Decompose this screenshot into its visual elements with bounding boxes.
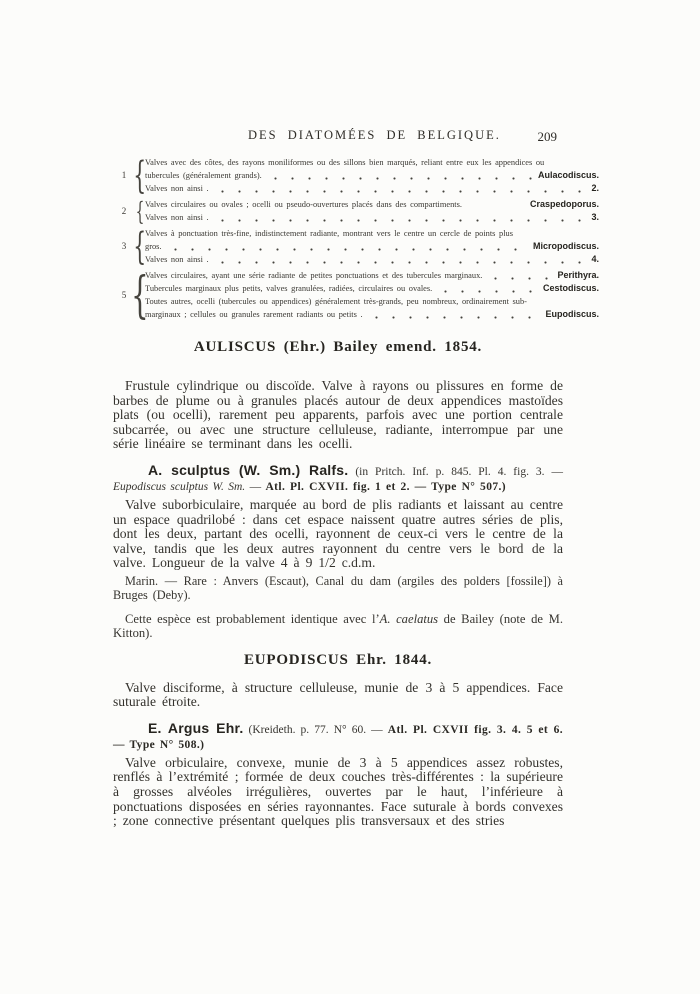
key-result-genus: Cestodiscus.	[543, 282, 599, 295]
reference-dash: —	[245, 481, 265, 493]
key-line: Valves non ainsi .2.	[145, 182, 599, 195]
synonym-italic: Eupodiscus sculptus W. Sm.	[113, 481, 245, 493]
genus-heading-auliscus: AULISCUS (Ehr.) Bailey emend. 1854.	[113, 339, 563, 356]
key-line-text: Valves avec des côtes, des rayons monili…	[145, 156, 544, 169]
key-group-lines: Valves circulaires, ayant une série radi…	[145, 269, 599, 321]
key-brace: {	[135, 157, 145, 194]
key-line: Tubercules marginaux plus petits, valves…	[145, 282, 599, 295]
key-group-number: 1	[113, 169, 135, 182]
key-result-genus: Perithyra.	[557, 269, 599, 282]
key-line-text: gros.	[145, 240, 162, 253]
dot-leader	[165, 240, 530, 253]
key-result-genus: Eupodiscus.	[545, 308, 599, 321]
key-line-text: Valves circulaires, ayant une série radi…	[145, 269, 482, 282]
key-result-genus: Aulacodiscus.	[538, 169, 599, 182]
atlas-reference: Atl. Pl. CXVII. fig. 1 et 2. — Type N° 5…	[265, 481, 506, 493]
leader-gap	[465, 198, 527, 211]
dot-leader	[435, 282, 540, 295]
key-line-text: Valves non ainsi .	[145, 182, 209, 195]
auliscus-description: Frustule cylindrique ou discoïde. Valve …	[113, 379, 563, 452]
eupodiscus-description: Valve disciforme, à structure celluleuse…	[113, 681, 563, 710]
key-line-text: Valves circulaires ou ovales ; ocelli ou…	[145, 198, 462, 211]
running-header: DES DIATOMÉES DE BELGIQUE. 209	[113, 128, 563, 144]
key-result-number: 4.	[591, 253, 599, 266]
sculptus-description: Valve suborbiculaire, marquée au bord de…	[113, 498, 563, 571]
key-line: Valves à ponctuation très-fine, indistin…	[145, 227, 599, 240]
key-line: tubercules (généralement grands).Aulacod…	[145, 169, 599, 182]
page-content: DES DIATOMÉES DE BELGIQUE. 209 1 { Valve…	[113, 0, 563, 829]
key-line-text: Tubercules marginaux plus petits, valves…	[145, 282, 432, 295]
key-line: Valves non ainsi .3.	[145, 211, 599, 224]
key-line: Valves circulaires, ayant une série radi…	[145, 269, 599, 282]
argus-description: Valve orbiculaire, convexe, munie de 3 à…	[113, 756, 563, 829]
key-line: Valves avec des côtes, des rayons monili…	[145, 156, 599, 169]
key-line: gros.Micropodiscus.	[145, 240, 599, 253]
key-line-text: Valves non ainsi .	[145, 211, 209, 224]
dot-leader	[212, 211, 589, 224]
species-entry-sculptus: A. sculptus (W. Sm.) Ralfs. (in Pritch. …	[113, 463, 563, 496]
genus-heading-eupodiscus: EUPODISCUS Ehr. 1844.	[113, 652, 563, 669]
dot-leader	[265, 169, 535, 182]
sculptus-note: Cette espèce est probablement identique …	[113, 612, 563, 640]
key-group-5: 5 { Valves circulaires, ayant une série …	[113, 269, 599, 321]
reference-text: (in Pritch. Inf. p. 845. Pl. 4. fig. 3. …	[355, 466, 563, 478]
reference-text: (Kreideth. p. 77. N° 60. —	[249, 724, 388, 736]
species-name-sculptus: A. sculptus (W. Sm.) Ralfs.	[148, 462, 348, 478]
dot-leader	[485, 269, 554, 282]
key-brace: {	[135, 199, 145, 224]
key-line: marginaux ; cellules ou granules raremen…	[145, 308, 599, 321]
key-group-2: 2 { Valves circulaires ou ovales ; ocell…	[113, 198, 599, 224]
key-line-text: Valves non ainsi .	[145, 253, 209, 266]
dot-leader	[212, 182, 589, 195]
sculptus-habitat: Marin. — Rare : Anvers (Escaut), Canal d…	[113, 575, 563, 603]
key-result-genus: Micropodiscus.	[533, 240, 599, 253]
key-result-number: 3.	[591, 211, 599, 224]
key-brace: {	[135, 228, 145, 265]
key-group-lines: Valves avec des côtes, des rayons monili…	[145, 156, 599, 195]
key-brace: {	[135, 270, 145, 320]
dot-leader	[212, 253, 589, 266]
key-line-text: tubercules (généralement grands).	[145, 169, 262, 182]
species-name-argus: E. Argus Ehr.	[148, 720, 243, 736]
note-species-italic: A. caelatus	[380, 612, 438, 626]
key-line-text: Toutes autres, ocelli (tubercules ou app…	[145, 295, 527, 308]
running-header-title: DES DIATOMÉES DE BELGIQUE.	[248, 128, 501, 143]
key-line: Valves circulaires ou ovales ; ocelli ou…	[145, 198, 599, 211]
key-line-text: marginaux ; cellules ou granules raremen…	[145, 308, 363, 321]
key-group-lines: Valves circulaires ou ovales ; ocelli ou…	[145, 198, 599, 224]
key-line: Valves non ainsi .4.	[145, 253, 599, 266]
page-number: 209	[538, 129, 558, 145]
key-group-3: 3 { Valves à ponctuation très-fine, indi…	[113, 227, 599, 266]
key-group-1: 1 { Valves avec des côtes, des rayons mo…	[113, 156, 599, 195]
key-result-genus: Craspedoporus.	[530, 198, 599, 211]
note-text: Cette espèce est probablement identique …	[125, 612, 380, 626]
dot-leader	[366, 308, 543, 321]
dichotomous-key: 1 { Valves avec des côtes, des rayons mo…	[113, 156, 599, 321]
key-group-number: 2	[113, 205, 135, 218]
key-line: Toutes autres, ocelli (tubercules ou app…	[145, 295, 599, 308]
key-group-lines: Valves à ponctuation très-fine, indistin…	[145, 227, 599, 266]
key-result-number: 2.	[591, 182, 599, 195]
species-entry-argus: E. Argus Ehr. (Kreideth. p. 77. N° 60. —…	[113, 721, 563, 754]
book-page: DES DIATOMÉES DE BELGIQUE. 209 1 { Valve…	[0, 0, 700, 994]
key-line-text: Valves à ponctuation très-fine, indistin…	[145, 227, 513, 240]
key-group-number: 3	[113, 240, 135, 253]
